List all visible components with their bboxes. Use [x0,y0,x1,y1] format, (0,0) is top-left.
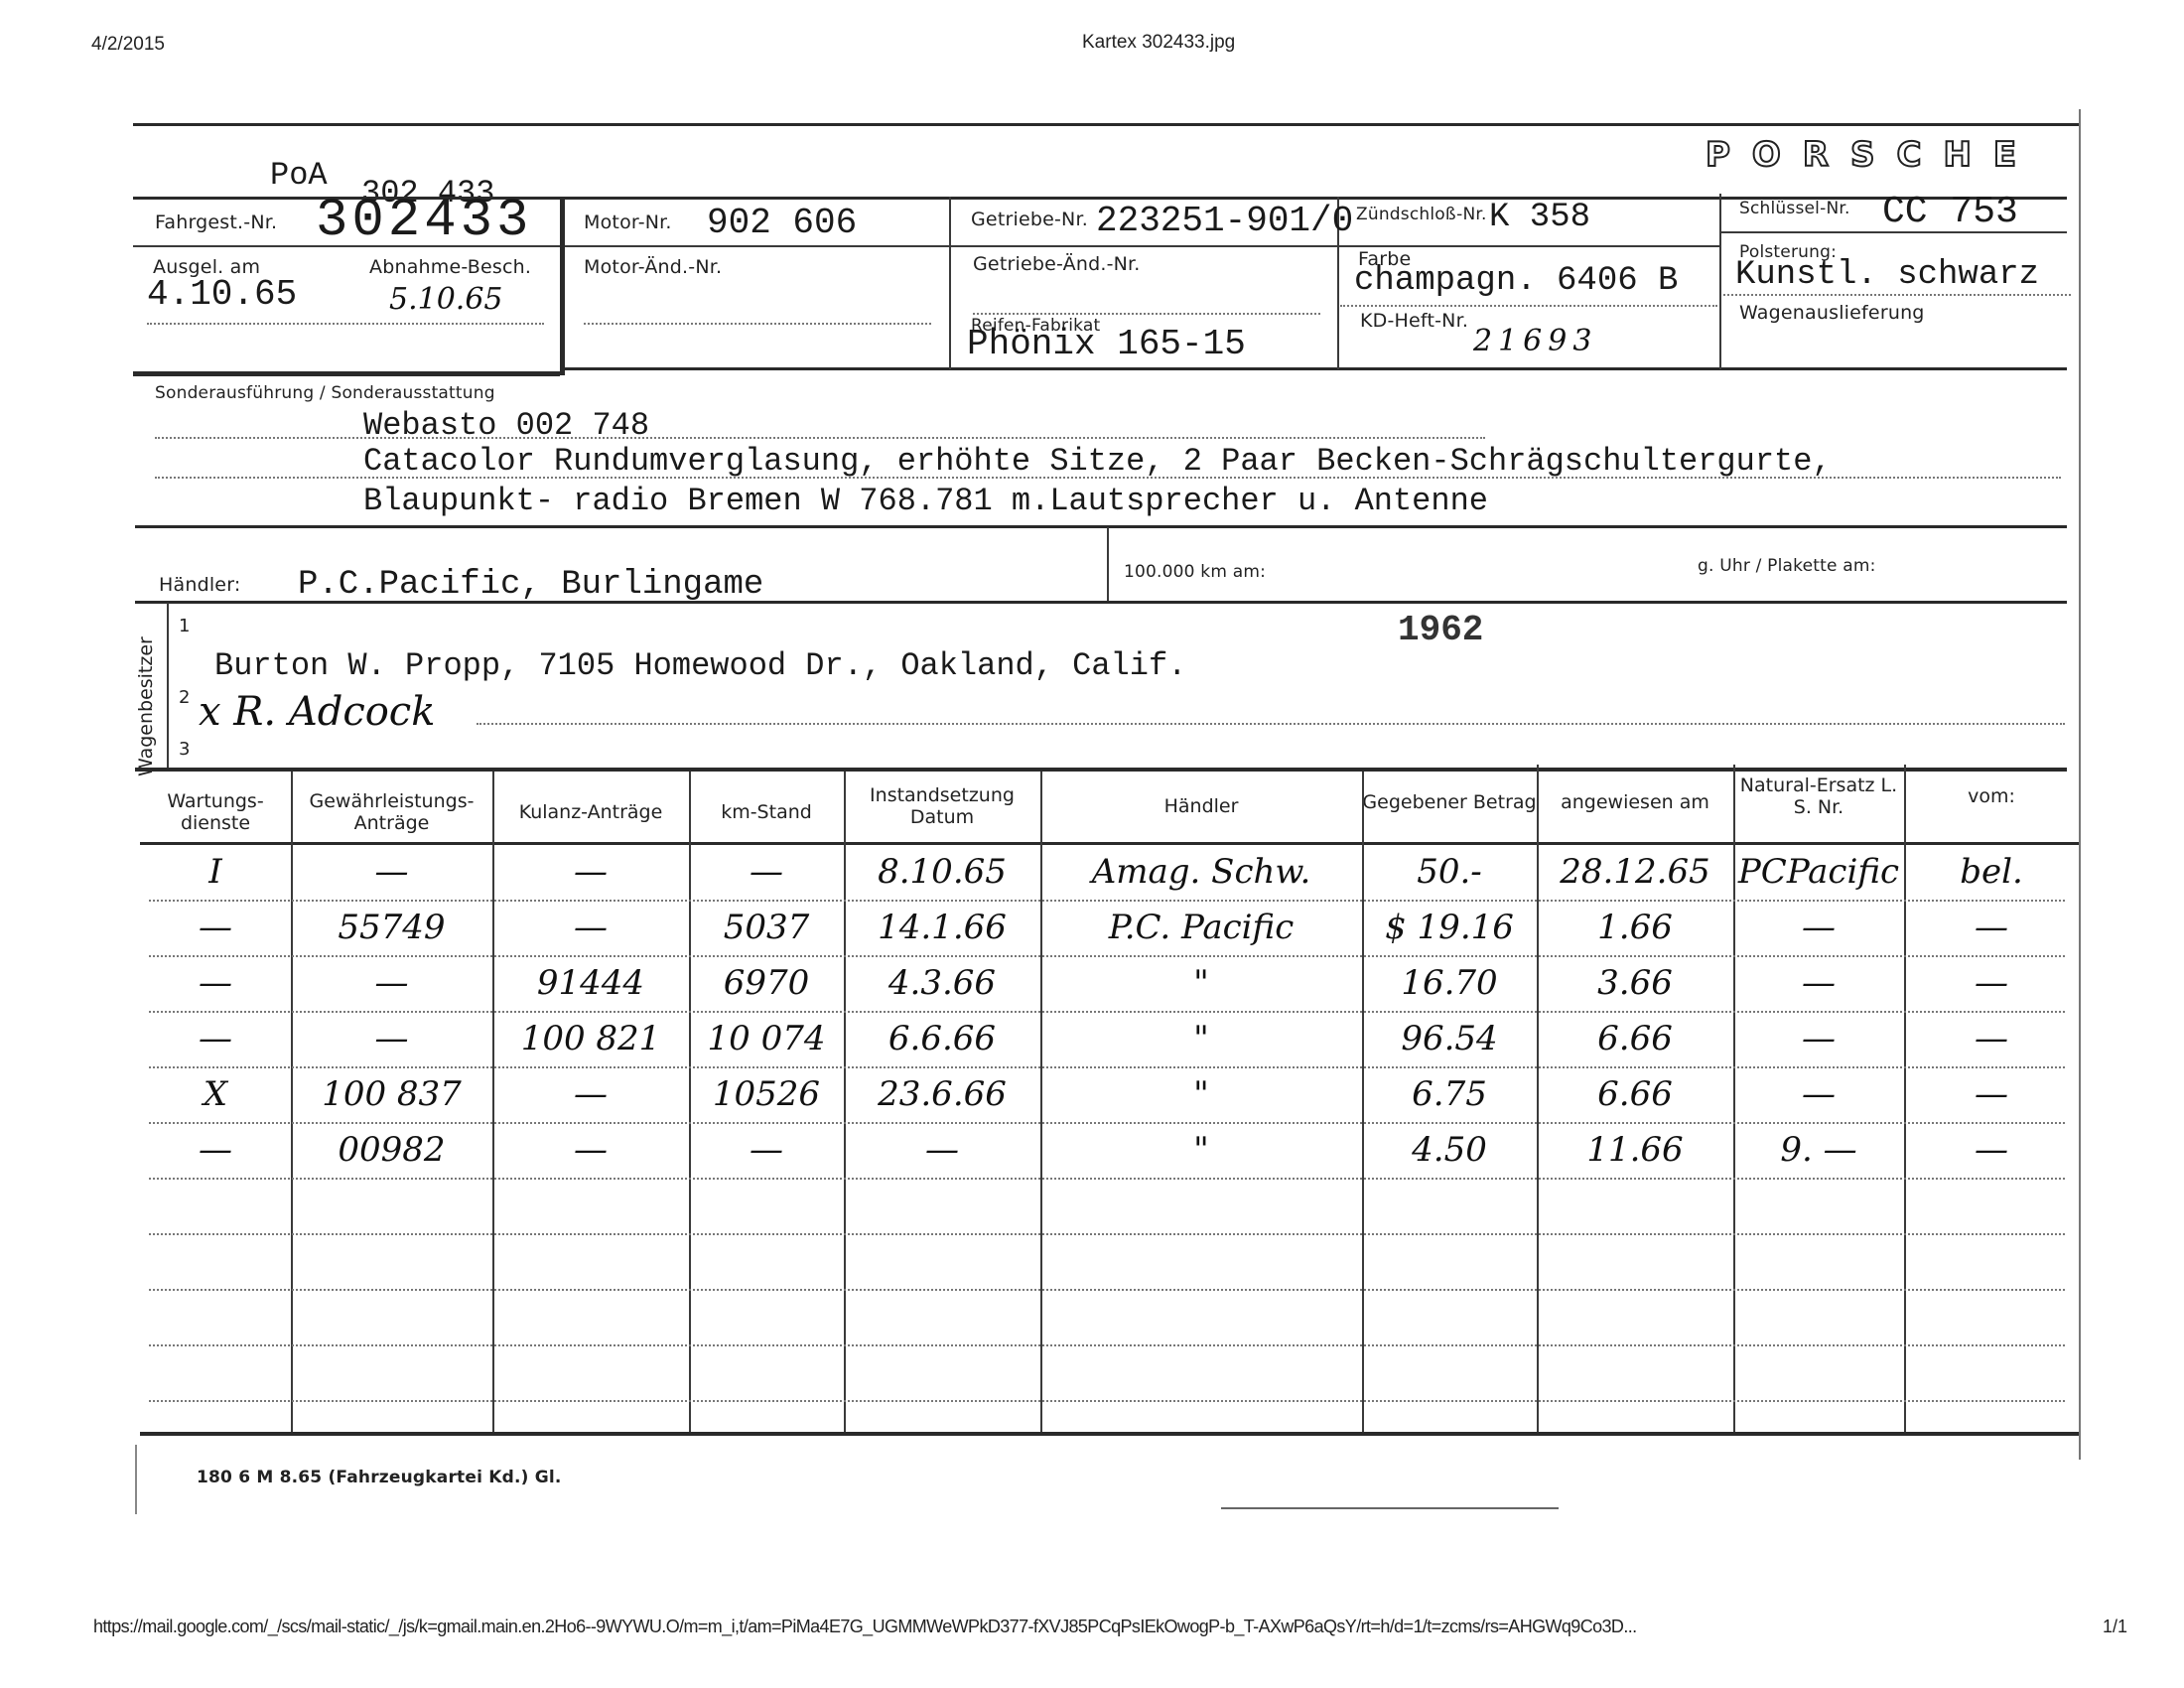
row-line [560,245,949,247]
owner-1-name: Burton W. Propp, 7105 Homewood Dr., Oakl… [214,647,1186,684]
cell-natural-ersatz: PCPacific [1733,852,1904,892]
polsterung-value: Kunstl. schwarz [1735,256,2039,294]
motor-value: 902 606 [707,203,857,243]
cell-haendler: P.C. Pacific [1040,908,1362,947]
cell-betrag: 50.- [1362,852,1537,892]
uhr-plakette-label: g. Uhr / Plakette am: [1698,556,1876,576]
cell-kulanz: — [492,1130,689,1170]
cell-betrag: 4.50 [1362,1130,1537,1170]
cell-vom: — [1904,1074,2079,1114]
wagenbesitzer-label: Wagenbesitzer [135,636,157,776]
cell-km: — [689,1130,844,1170]
cell-wartung: X [140,1074,291,1114]
cell-kulanz: — [492,908,689,947]
owner-number: 3 [179,739,190,760]
col-line [560,197,565,375]
cell-angewiesen: 6.66 [1537,1019,1733,1058]
cell-angewiesen: 3.66 [1537,963,1733,1003]
sonder-label: Sonderausführung / Sonderausstattung [155,383,495,403]
cell-gewaehr: 55749 [291,908,492,947]
getriebe-value: 223251-901/0 [1096,201,1353,241]
row-line [1337,245,1719,247]
getriebe-aend-label: Getriebe-Änd.-Nr. [973,253,1141,275]
cell-wartung: — [140,963,291,1003]
cell-natural-ersatz: — [1733,1074,1904,1114]
table-bottom-rule [140,1432,2079,1436]
row-line [560,367,2067,370]
wagenauslieferung-label: Wagenauslieferung [1739,302,1925,324]
row-separator [149,1178,2065,1180]
cell-angewiesen: 11.66 [1537,1130,1733,1170]
motor-aend-label: Motor-Änd.-Nr. [584,256,722,278]
cell-vom: — [1904,1019,2079,1058]
cell-betrag: 6.75 [1362,1074,1537,1114]
cell-km: 6970 [689,963,844,1003]
card-left-border [135,1445,137,1514]
sonder-line-3: Blaupunkt- radio Bremen W 768.781 m.Laut… [363,483,1488,519]
kd-heft-label: KD-Heft-Nr. [1360,310,1468,332]
cell-km: 5037 [689,908,844,947]
cell-datum: — [844,1130,1040,1170]
cell-haendler: " [1040,963,1362,1003]
cell-angewiesen: 6.66 [1537,1074,1733,1114]
col-header-km-stand: km-Stand [689,784,844,840]
cell-haendler: " [1040,1019,1362,1058]
col-header-kulanz: Kulanz-Anträge [492,784,689,840]
cell-vom: — [1904,963,2079,1003]
abnahme-value: 5.10.65 [389,282,503,317]
col-header-wartungsdienste: Wartungs-dienste [140,784,291,840]
motor-label: Motor-Nr. [584,211,672,233]
ausgel-value: 4.10.65 [147,274,297,315]
cell-datum: 8.10.65 [844,852,1040,892]
farbe-value: champagn. 6406 B [1354,262,1678,300]
row-separator [149,1233,2065,1235]
col-header-gewaehrleistung: Gewährleistungs-Anträge [291,784,492,840]
cell-wartung: — [140,1130,291,1170]
getriebe-label: Getriebe-Nr. [971,209,1088,230]
cell-datum: 6.6.66 [844,1019,1040,1058]
row-separator [149,1289,2065,1291]
card-right-border [2079,109,2081,1460]
col-header-gegebener-betrag: Gegebener Betrag [1362,774,1537,830]
cell-datum: 4.3.66 [844,963,1040,1003]
cell-datum: 23.6.66 [844,1074,1040,1114]
cell-natural-ersatz: — [1733,963,1904,1003]
row-separator [149,955,2065,957]
print-url: https://mail.google.com/_/scs/mail-stati… [93,1617,2069,1637]
print-page-number: 1/1 [2103,1617,2127,1637]
cell-vom: — [1904,1130,2079,1170]
dotted-line [1723,294,2071,296]
cell-km: 10526 [689,1074,844,1114]
row-separator [149,1122,2065,1124]
cell-km: 10 074 [689,1019,844,1058]
row-line [133,371,560,376]
owner-2-name: x R. Adcock [199,689,435,735]
row-separator [149,1344,2065,1346]
cell-gewaehr: — [291,1019,492,1058]
row-line [135,601,2067,604]
owner-number: 1 [179,616,190,636]
cell-natural-ersatz: 9. — [1733,1130,1904,1170]
poa-label: PoA [270,157,328,194]
vehicle-record-card: PoA 302 433 PORSCHE Fahrgest.-Nr. 302433… [0,0,2184,1688]
col-header-haendler: Händler [1040,778,1362,834]
fahrgest-value: 302433 [316,191,532,251]
col-header-natural-ersatz: Natural-Ersatz L. S. Nr. [1733,769,1904,824]
row-separator [149,900,2065,902]
sonder-line-2: Catacolor Rundumverglasung, erhöhte Sitz… [363,443,1832,480]
dotted-line [973,313,1320,315]
col-header-instandsetzung-datum: Instandsetzung Datum [844,778,1040,834]
col-header-angewiesen-am: angewiesen am [1537,774,1733,830]
dotted-line [584,323,931,325]
dotted-line [155,477,2061,479]
cell-betrag: $ 19.16 [1362,908,1537,947]
porsche-logo: PORSCHE [1706,135,2038,175]
cell-haendler: " [1040,1074,1362,1114]
km100000-label: 100.000 km am: [1124,562,1266,582]
cell-gewaehr: — [291,963,492,1003]
col-line [949,197,951,369]
abnahme-label: Abnahme-Besch. [369,256,531,278]
cell-natural-ersatz: — [1733,908,1904,947]
row-separator [149,1011,2065,1013]
cell-kulanz: — [492,1074,689,1114]
col-line [1719,194,1721,369]
form-code: 180 6 M 8.65 (Fahrzeugkartei Kd.) Gl. [197,1468,562,1487]
zuendschloss-value: K 358 [1489,199,1590,236]
schluessel-label: Schlüssel-Nr. [1739,199,1850,218]
table-header-rule [140,842,2079,845]
fahrgest-label: Fahrgest.-Nr. [155,211,277,233]
cell-wartung: — [140,908,291,947]
cell-kulanz: 100 821 [492,1019,689,1058]
row-line [949,245,1337,247]
col-line [167,603,169,770]
cell-vom: — [1904,908,2079,947]
footer-rule [1221,1507,1559,1509]
cell-angewiesen: 28.12.65 [1537,852,1733,892]
card-top-border [133,123,2081,126]
cell-gewaehr: — [291,852,492,892]
dotted-line [1340,305,1717,307]
reifen-value: Phönix 165-15 [967,324,1246,364]
row-separator [149,1066,2065,1068]
cell-haendler: Amag. Schw. [1040,852,1362,892]
dotted-line [477,723,2065,725]
cell-haendler: " [1040,1130,1362,1170]
cell-gewaehr: 100 837 [291,1074,492,1114]
cell-natural-ersatz: — [1733,1019,1904,1058]
cell-gewaehr: 00982 [291,1130,492,1170]
date-stamp: 1962 [1398,610,1483,650]
cell-betrag: 96.54 [1362,1019,1537,1058]
schluessel-value: CC 753 [1882,191,2018,233]
haendler-label: Händler: [159,574,240,596]
cell-wartung: — [140,1019,291,1058]
row-line [135,525,2067,528]
col-line [1107,527,1109,603]
cell-vom: bel. [1904,852,2079,892]
cell-wartung: I [140,852,291,892]
cell-km: — [689,852,844,892]
cell-kulanz: — [492,852,689,892]
cell-betrag: 16.70 [1362,963,1537,1003]
dotted-line [147,323,544,325]
cell-kulanz: 91444 [492,963,689,1003]
kd-heft-value: 21693 [1473,324,1597,358]
col-header-vom: vom: [1904,769,2079,824]
haendler-value: P.C.Pacific, Burlingame [298,566,763,604]
row-separator [149,1400,2065,1402]
dotted-line [155,437,1485,439]
zuendschloss-label: Zündschloß-Nr. [1356,205,1487,224]
owner-number: 2 [179,687,190,708]
cell-angewiesen: 1.66 [1537,908,1733,947]
cell-datum: 14.1.66 [844,908,1040,947]
